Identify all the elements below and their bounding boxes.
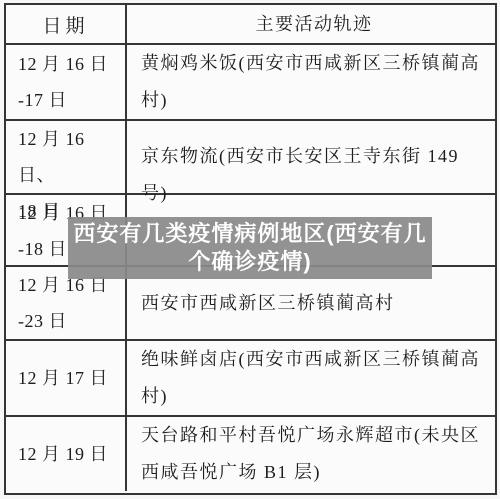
date-line: 12 月 17 日 (18, 360, 125, 396)
table-row: 12 月 16 日 -17 日 黄焖鸡米饭(西安市西咸新区三桥镇蔺高村) (6, 43, 495, 119)
table-row: 12 月 19 日 天台路和平村吾悦广场永辉超市(未央区西咸吾悦广场 B1 层) (6, 415, 495, 489)
date-line: 12 月 16 日 (18, 46, 125, 82)
table-row: 12 月 17 日 绝味鲜卤店(西安市西咸新区三桥镇蔺高村) (6, 339, 495, 415)
date-line: 12 月 16 日、 (18, 121, 125, 193)
header-cell-activity: 主要活动轨迹 (125, 5, 495, 43)
activity-cell: 黄焖鸡米饭(西安市西咸新区三桥镇蔺高村) (125, 45, 495, 119)
headline-overlay: 西安有几类疫情病例地区(西安有几 个确诊疫情) (68, 217, 432, 279)
date-line: -17 日 (18, 82, 125, 118)
date-cell: 12 月 19 日 (6, 417, 125, 491)
activity-cell: 绝味鲜卤店(西安市西咸新区三桥镇蔺高村) (125, 341, 495, 415)
date-cell: 12 月 16 日 -17 日 (6, 45, 125, 119)
page: 日期 主要活动轨迹 12 月 16 日 -17 日 黄焖鸡米饭(西安市西咸新区三… (0, 0, 500, 499)
date-cell: 12 月 17 日 (6, 341, 125, 415)
date-line: 12 月 19 日 (18, 436, 125, 472)
table-row: 12 月 16 日、 18 日 京东物流(西安市长安区王寺东街 149 号) (6, 119, 495, 193)
table-header-row: 日期 主要活动轨迹 (6, 5, 495, 43)
activity-cell: 天台路和平村吾悦广场永辉超市(未央区西咸吾悦广场 B1 层) (125, 417, 495, 491)
headline-line2: 个确诊疫情) (188, 248, 311, 276)
header-cell-date: 日期 (6, 5, 125, 43)
headline-line1: 西安有几类疫情病例地区(西安有几 (73, 220, 426, 248)
date-line: -23 日 (18, 303, 125, 339)
